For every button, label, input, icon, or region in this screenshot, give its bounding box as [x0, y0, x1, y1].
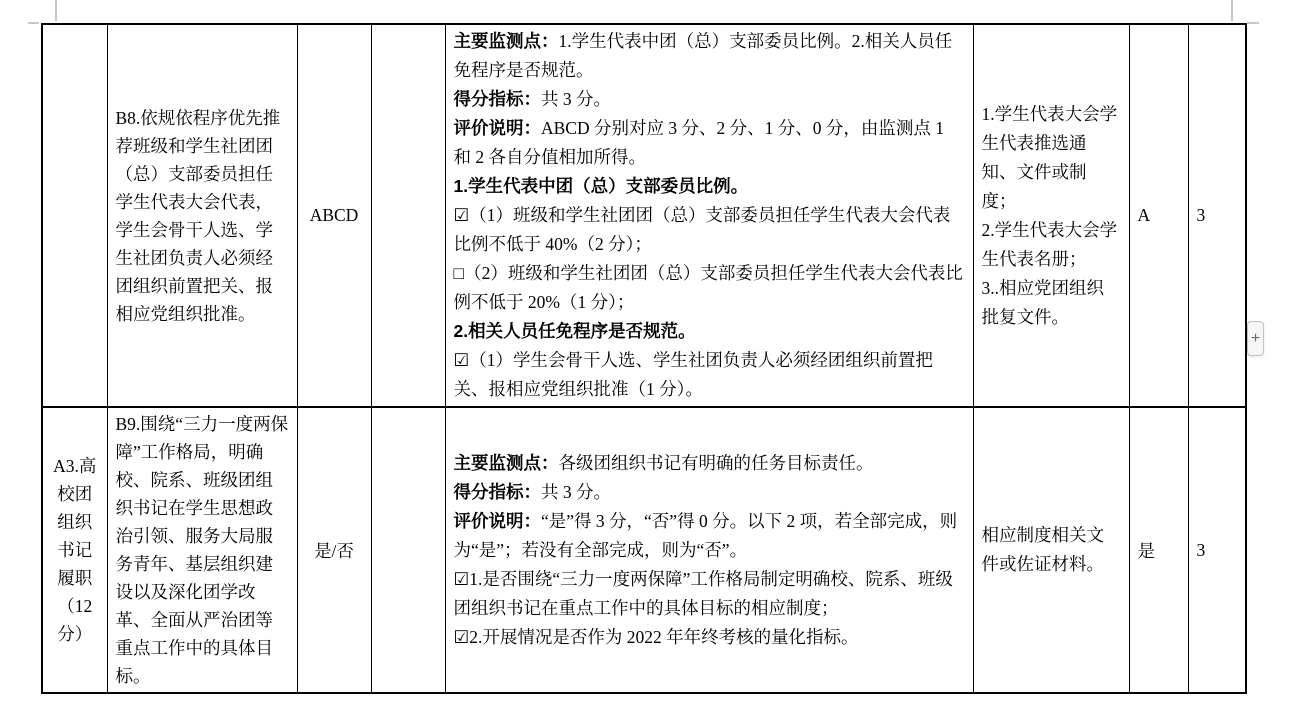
- score-cell: 3: [1188, 407, 1246, 693]
- criteria-text: 各级团组织书记有明确的任务目标责任。: [559, 453, 874, 473]
- criteria-text: ☑1.是否围绕“三力一度两保障”工作格局制定明确校、院系、班级团组织书记在重点工…: [454, 569, 953, 618]
- criteria-label: 评价说明：: [454, 118, 542, 138]
- criteria-paragraph: 评价说明：“是”得 3 分，“否”得 0 分。以下 2 项，若全部完成，则为“是…: [454, 507, 965, 565]
- criteria-paragraph: ☑（1）班级和学生社团团（总）支部委员担任学生代表大会代表比例不低于 40%（2…: [454, 201, 965, 259]
- indicator-cell: B8.依规依程序优先推荐班级和学生社团团（总）支部委员担任学生代表大会代表，学生…: [107, 24, 297, 407]
- criteria-paragraph: □（2）班级和学生社团团（总）支部委员担任学生代表大会代表比例不低于 20%（1…: [454, 259, 965, 317]
- score-cell: 3: [1188, 24, 1246, 407]
- margin-mark-top-left-horizontal: [28, 22, 39, 24]
- criteria-paragraph: 主要监测点：1.学生代表中团（总）支部委员比例。2.相关人员任免程序是否规范。: [454, 27, 965, 85]
- criteria-paragraph: ☑（1）学生会骨干人选、学生社团负责人必须经团组织前置把关、报相应党组织批准（1…: [454, 346, 965, 404]
- evidence-item: 2.学生代表大会学生代表名册；: [982, 216, 1121, 274]
- criteria-cell: 主要监测点：各级团组织书记有明确的任务目标责任。 得分指标：共 3 分。 评价说…: [445, 407, 973, 693]
- criteria-label: 评价说明：: [454, 511, 542, 531]
- evidence-item: 相应制度相关文件或佐证材料。: [982, 521, 1121, 579]
- criteria-label: 2.相关人员任免程序是否规范。: [454, 321, 696, 341]
- criteria-label: 主要监测点：: [454, 31, 559, 51]
- blank-cell: [371, 24, 445, 407]
- evidence-item: 1.学生代表大会学生代表推选通知、文件或制度；: [982, 100, 1121, 216]
- grade-cell: 是: [1129, 407, 1188, 693]
- criteria-label: 得分指标：: [454, 89, 542, 109]
- indicator-cell: B9.围绕“三力一度两保障”工作格局，明确校、院系、班级团组织书记在学生思想政治…: [107, 407, 297, 693]
- criteria-text: ☑（1）班级和学生社团团（总）支部委员担任学生代表大会代表比例不低于 40%（2…: [454, 205, 951, 254]
- criteria-paragraph: 1.学生代表中团（总）支部委员比例。: [454, 172, 965, 201]
- evidence-cell: 相应制度相关文件或佐证材料。: [973, 407, 1129, 693]
- margin-mark-top-right-horizontal: [1247, 22, 1259, 24]
- evaluation-table: B8.依规依程序优先推荐班级和学生社团团（总）支部委员担任学生代表大会代表，学生…: [41, 23, 1247, 694]
- criteria-cell: 主要监测点：1.学生代表中团（总）支部委员比例。2.相关人员任免程序是否规范。 …: [445, 24, 973, 407]
- criteria-text: 共 3 分。: [541, 89, 611, 109]
- criteria-label: 主要监测点：: [454, 453, 559, 473]
- margin-mark-top-right-vertical: [1231, 0, 1233, 21]
- category-cell: A3.高校团组织书记履职（12分）: [42, 407, 107, 693]
- criteria-text: □（2）班级和学生社团团（总）支部委员担任学生代表大会代表比例不低于 20%（1…: [454, 263, 963, 312]
- criteria-text: ☑2.开展情况是否作为 2022 年年终考核的量化指标。: [454, 627, 859, 647]
- table-row-b8: B8.依规依程序优先推荐班级和学生社团团（总）支部委员担任学生代表大会代表，学生…: [42, 24, 1246, 407]
- criteria-label: 得分指标：: [454, 482, 542, 502]
- criteria-paragraph: 主要监测点：各级团组织书记有明确的任务目标责任。: [454, 449, 965, 478]
- add-button[interactable]: +: [1247, 321, 1264, 356]
- criteria-paragraph: ☑1.是否围绕“三力一度两保障”工作格局制定明确校、院系、班级团组织书记在重点工…: [454, 565, 965, 623]
- criteria-text: ☑（1）学生会骨干人选、学生社团负责人必须经团组织前置把关、报相应党组织批准（1…: [454, 350, 933, 399]
- blank-cell: [371, 407, 445, 693]
- criteria-label: 1.学生代表中团（总）支部委员比例。: [454, 176, 749, 196]
- criteria-paragraph: 得分指标：共 3 分。: [454, 478, 965, 507]
- criteria-paragraph: 得分指标：共 3 分。: [454, 85, 965, 114]
- evidence-item: 3..相应党团组织批复文件。: [982, 274, 1121, 332]
- criteria-paragraph: ☑2.开展情况是否作为 2022 年年终考核的量化指标。: [454, 623, 965, 652]
- category-cell: [42, 24, 107, 407]
- grade-cell: A: [1129, 24, 1188, 407]
- criteria-paragraph: 2.相关人员任免程序是否规范。: [454, 317, 965, 346]
- grade-options-cell: 是/否: [297, 407, 371, 693]
- grade-options-cell: ABCD: [297, 24, 371, 407]
- margin-mark-top-left-vertical: [55, 0, 57, 21]
- evidence-cell: 1.学生代表大会学生代表推选通知、文件或制度； 2.学生代表大会学生代表名册； …: [973, 24, 1129, 407]
- table-row-b9: A3.高校团组织书记履职（12分） B9.围绕“三力一度两保障”工作格局，明确校…: [42, 407, 1246, 693]
- criteria-text: 共 3 分。: [541, 482, 611, 502]
- criteria-paragraph: 评价说明：ABCD 分别对应 3 分、2 分、1 分、0 分，由监测点 1 和 …: [454, 114, 965, 172]
